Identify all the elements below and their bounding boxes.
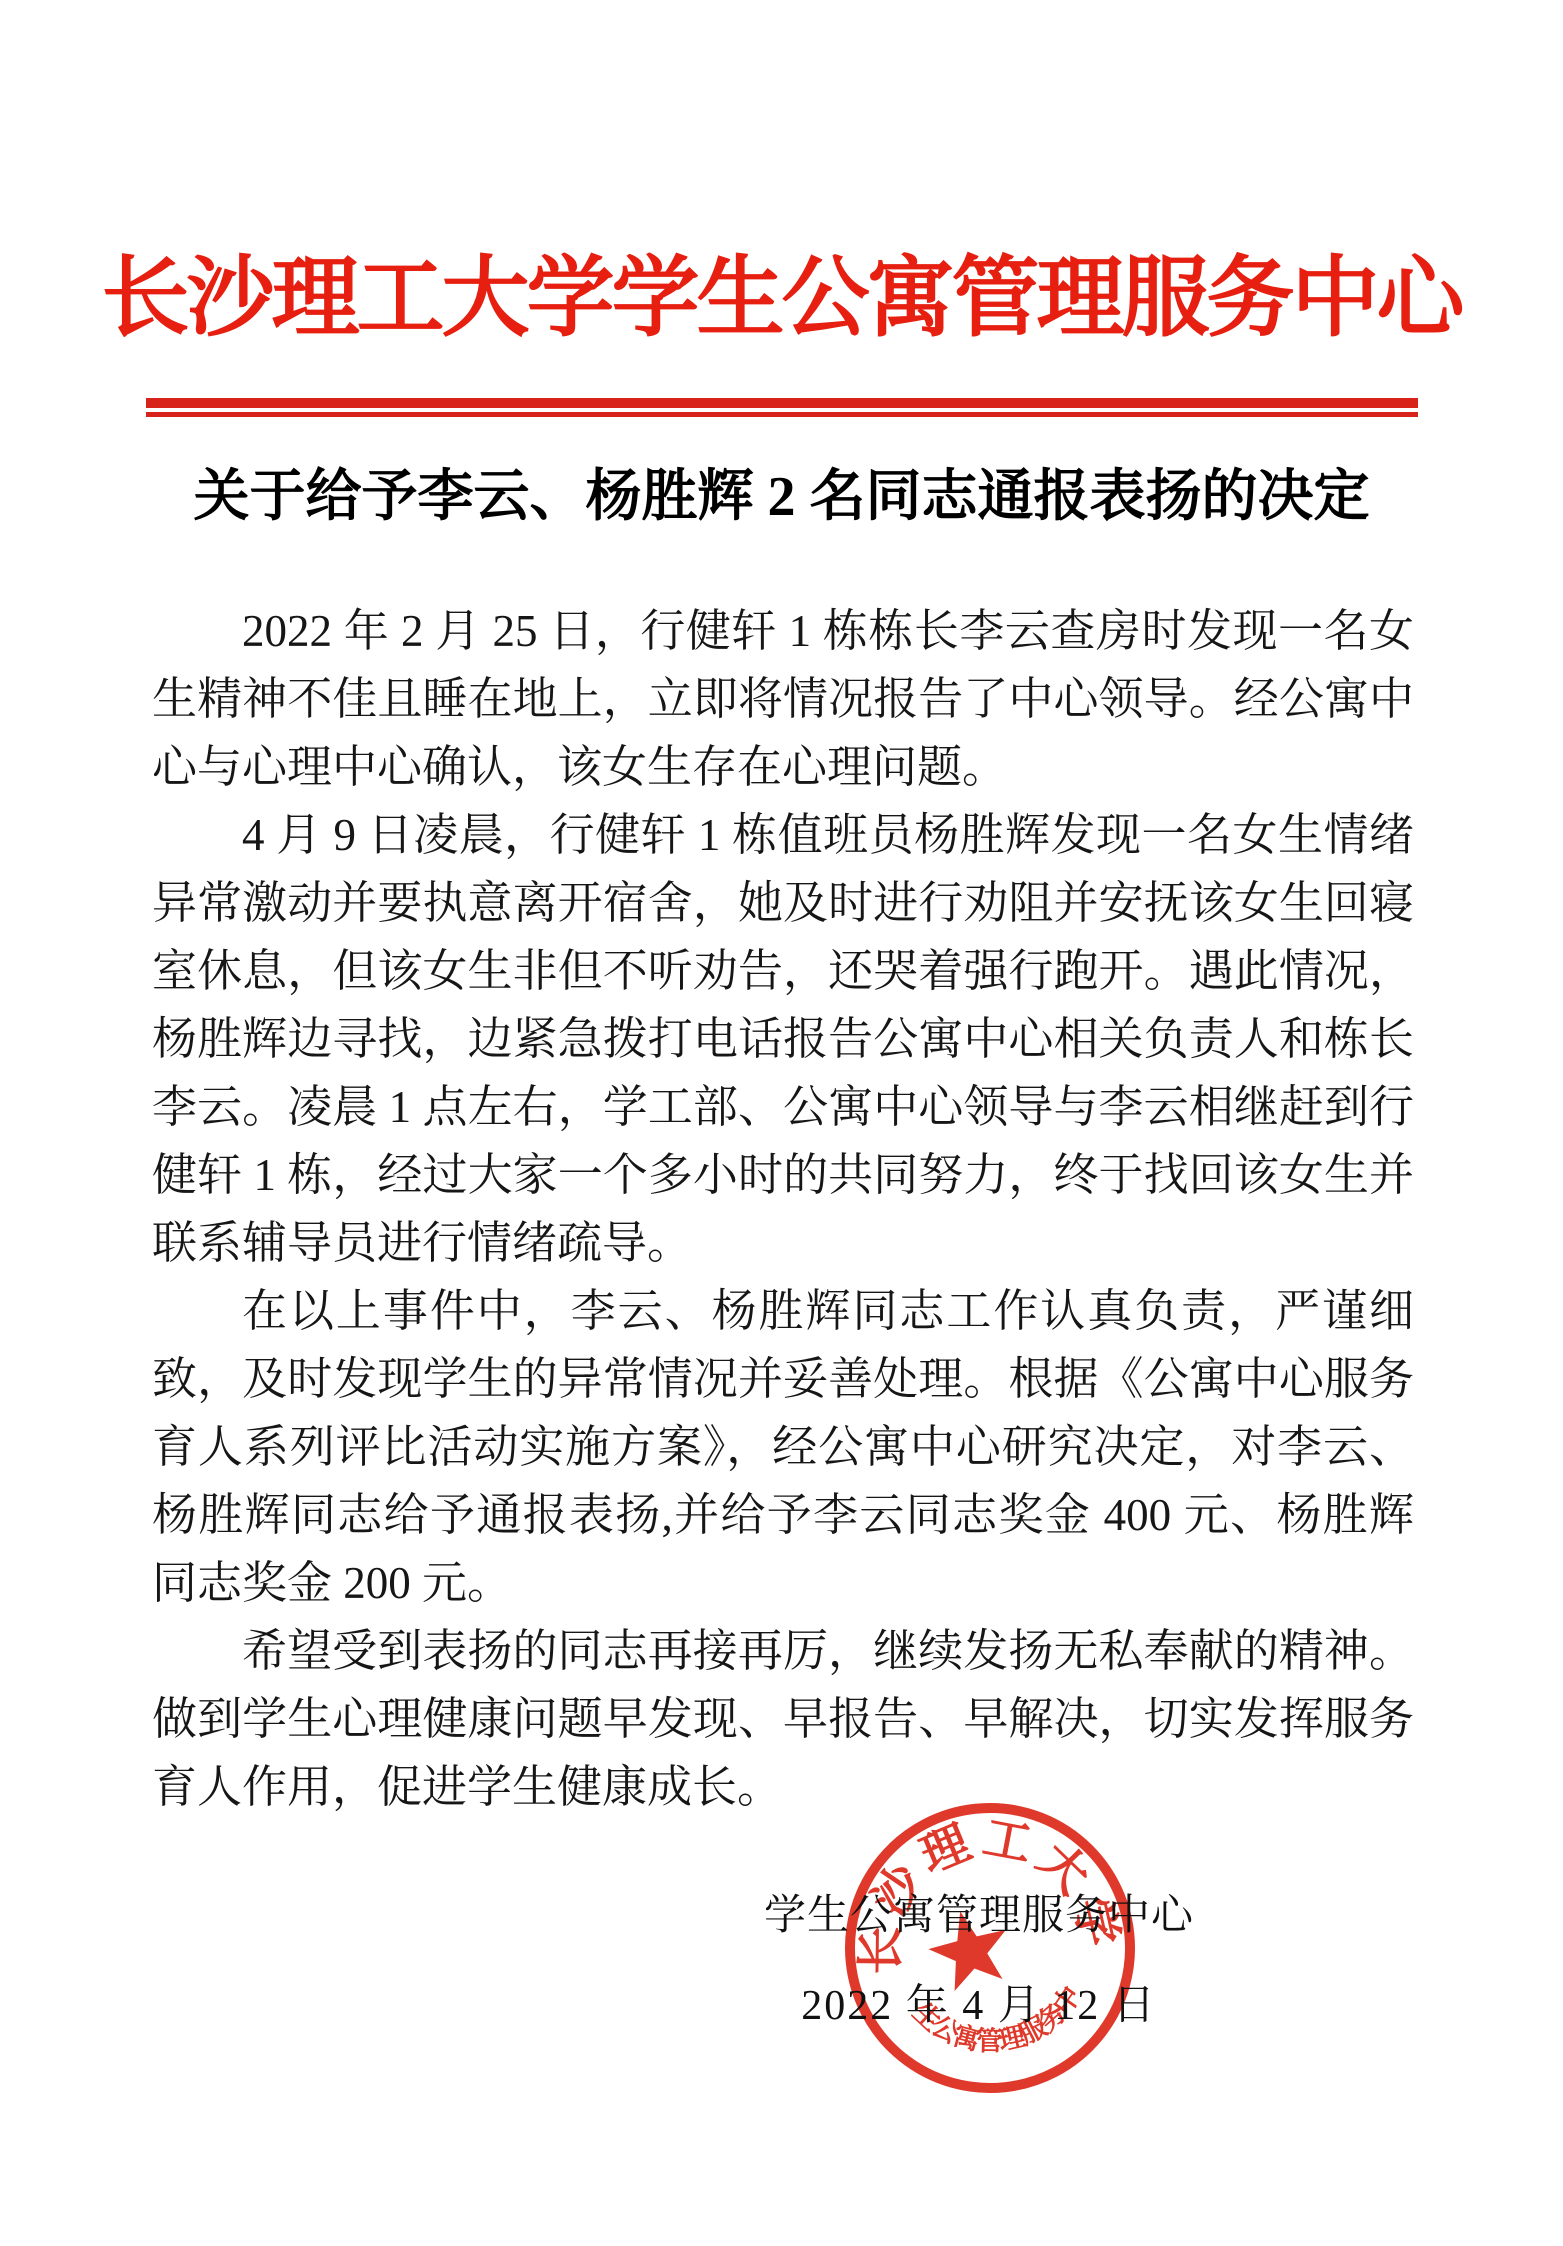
document-body: 2022 年 2 月 25 日，行健轩 1 栋栋长李云查房时发现一名女生精神不佳… [152, 597, 1414, 1821]
letterhead-title: 长沙理工大学学生公寓管理服务中心 [0, 228, 1563, 354]
signature-date: 2022 年 4 月 12 日 [699, 1972, 1259, 2032]
paragraph-incident-1: 2022 年 2 月 25 日，行健轩 1 栋栋长李云查房时发现一名女生精神不佳… [152, 597, 1414, 801]
paragraph-incident-2: 4 月 9 日凌晨，行健轩 1 栋值班员杨胜辉发现一名女生情绪异常激动并要执意离… [152, 801, 1414, 1277]
letterhead-divider [146, 398, 1418, 417]
divider-thin-line [146, 412, 1418, 417]
divider-thick-line [146, 398, 1418, 408]
paragraph-decision: 在以上事件中，李云、杨胜辉同志工作认真负责，严谨细致，及时发现学生的异常情况并妥… [152, 1277, 1414, 1617]
paragraph-hope: 希望受到表扬的同志再接再厉，继续发扬无私奉献的精神。做到学生心理健康问题早发现、… [152, 1617, 1414, 1821]
document-title: 关于给予李云、杨胜辉 2 名同志通报表扬的决定 [0, 452, 1563, 532]
official-seal: 长沙理工大学 学生公寓管理服务中心 [838, 1796, 1142, 2100]
signature-org-name: 学生公寓管理服务中心 [699, 1882, 1259, 1942]
scanned-document-page: 长沙理工大学学生公寓管理服务中心 关于给予李云、杨胜辉 2 名同志通报表扬的决定… [0, 0, 1563, 2246]
